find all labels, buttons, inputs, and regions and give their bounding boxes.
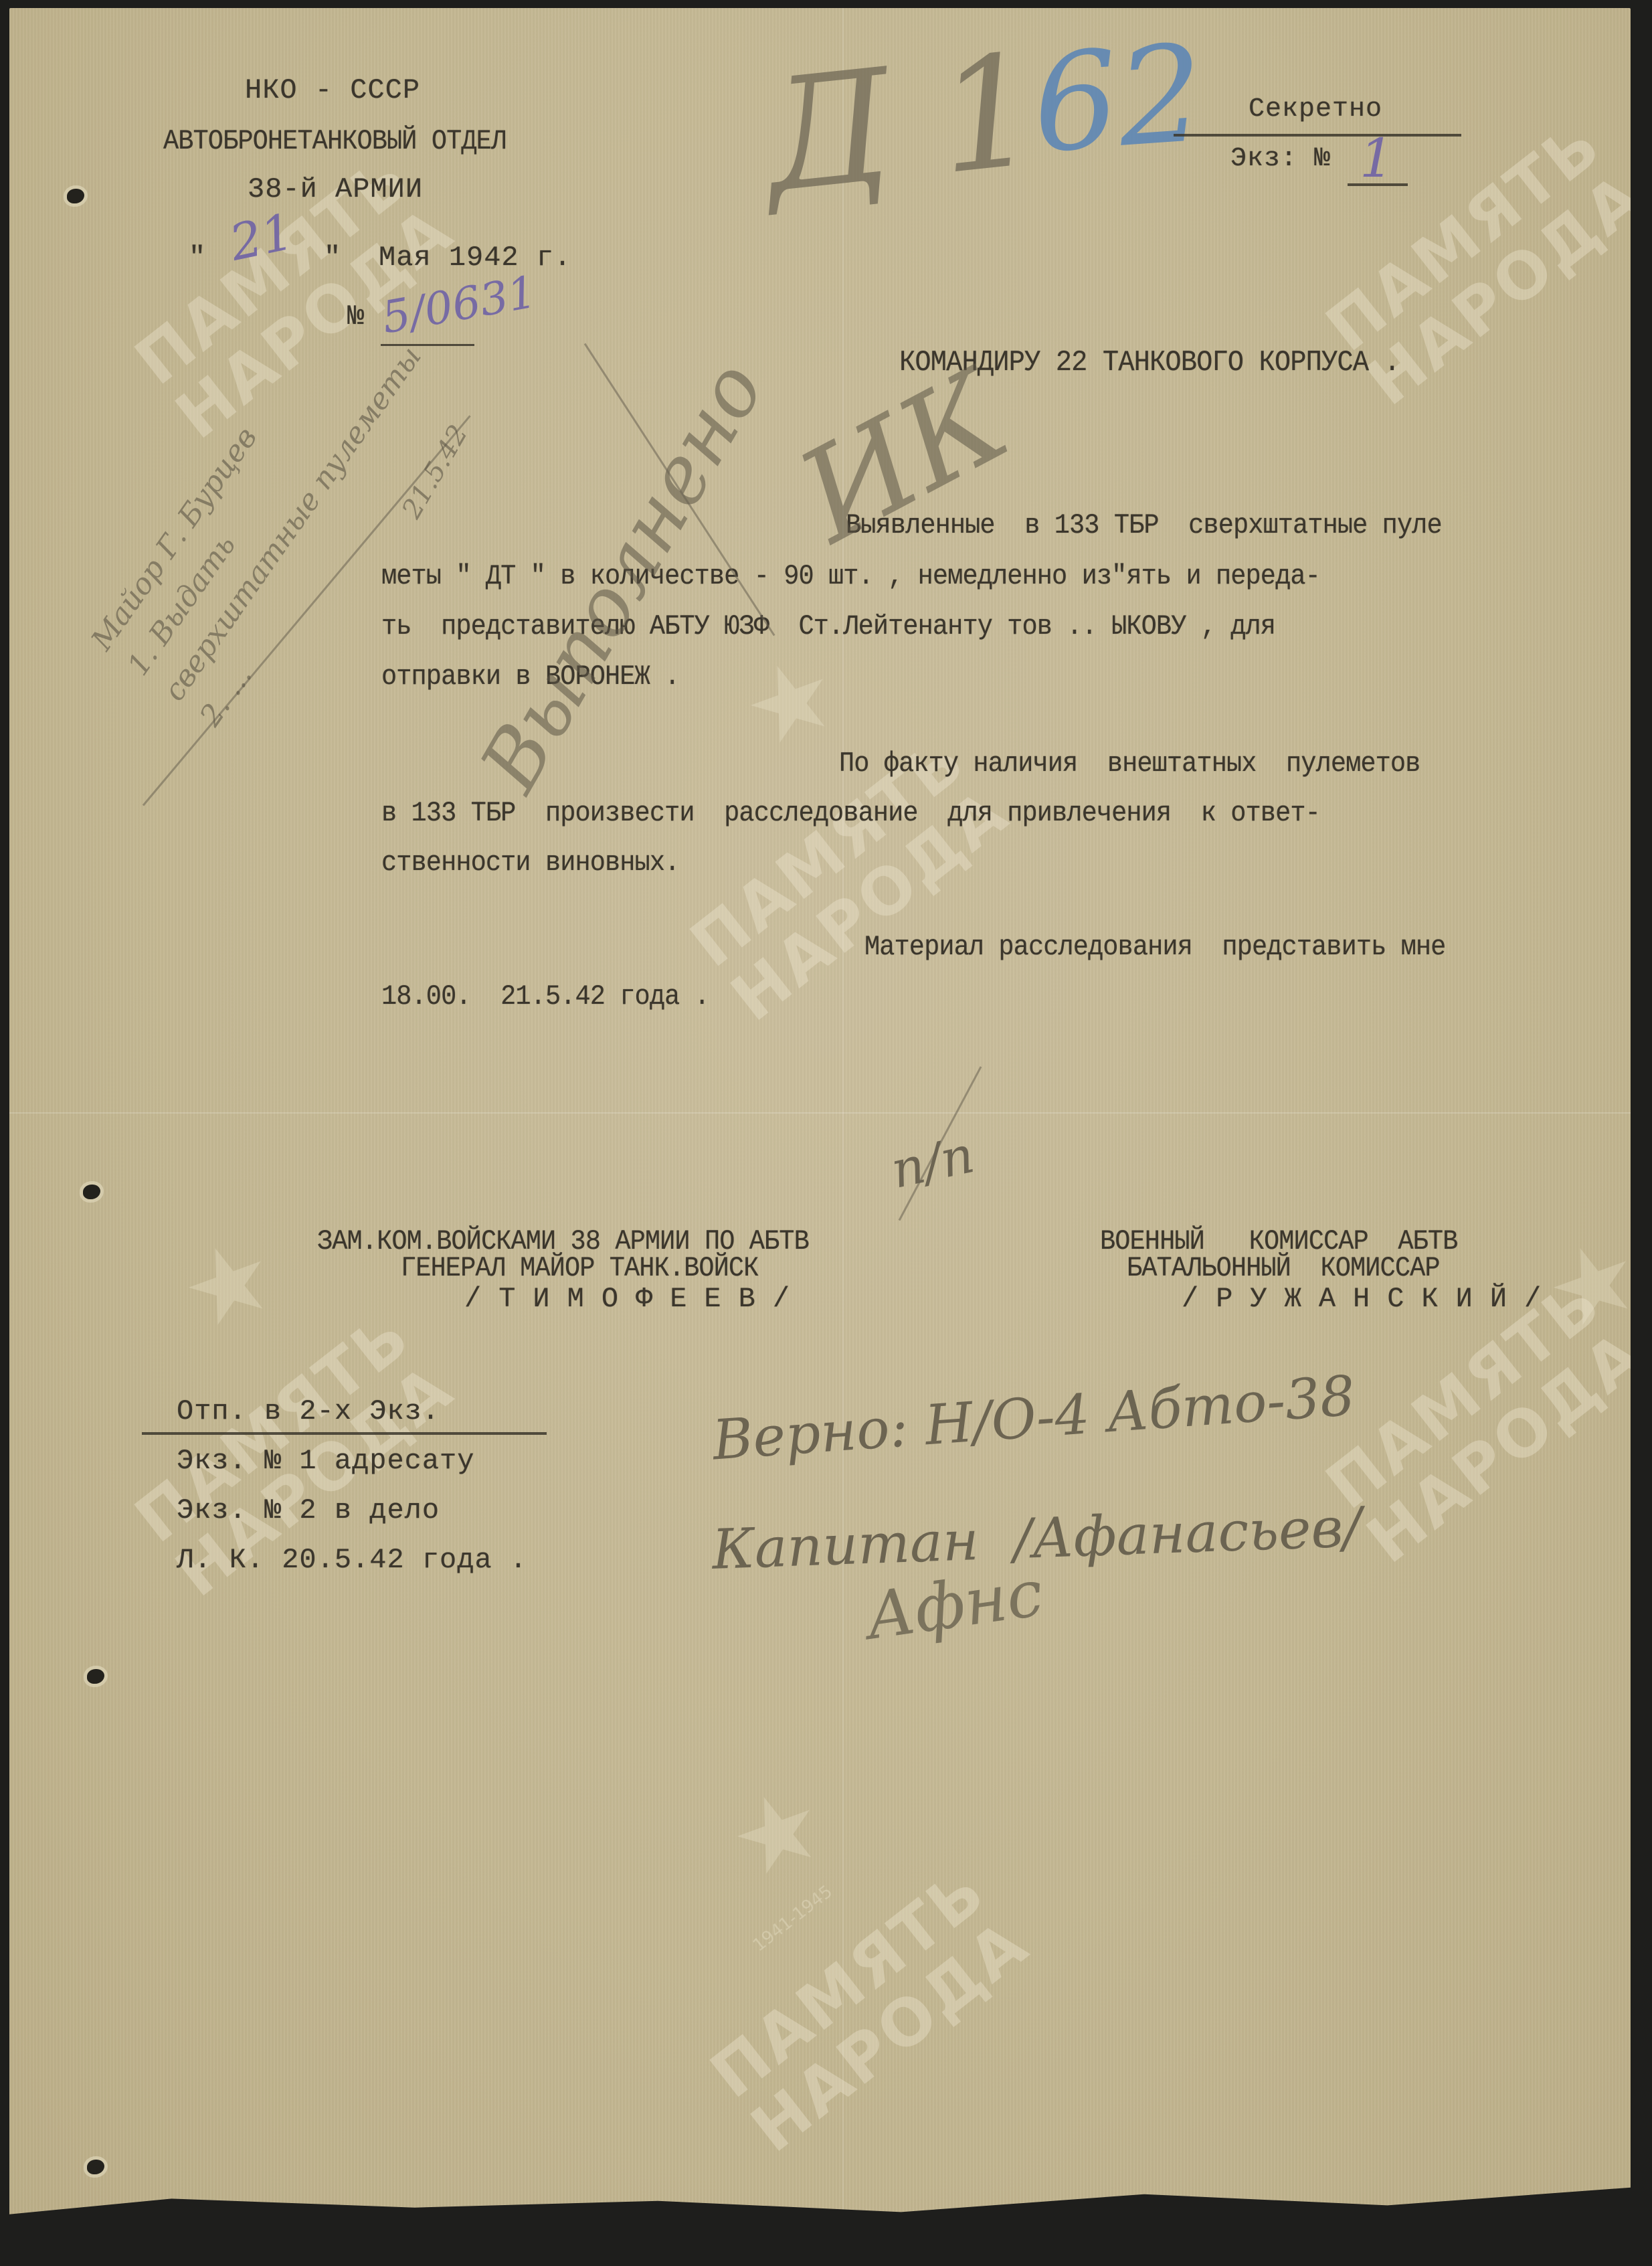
paper-fold-line-vertical: [842, 8, 844, 2237]
body-line: Материал расследования представить мне: [864, 933, 1445, 961]
punch-hole: [87, 1669, 104, 1684]
body-line: ственности виновных.: [381, 849, 679, 877]
signatory-left-name: /ТИМОФЕЕВ/: [464, 1285, 807, 1313]
signatory-left-title2: ГЕНЕРАЛ МАЙОР ТАНК.ВОЙСК: [401, 1254, 758, 1282]
document-page: ПАМЯТЬ НАРОДА ПАМЯТЬ НАРОДА ПАМЯТЬ НАРОД…: [9, 8, 1631, 2237]
copy-number-handwritten: 1: [1360, 127, 1394, 189]
header-org-line1: НКО - СССР: [245, 76, 420, 104]
watermark-text: ПАМЯТЬ НАРОДА: [699, 1855, 1040, 2164]
star-icon: ★: [728, 632, 852, 772]
paper-fold-line: [9, 1112, 1631, 1114]
classification-underline: [1174, 134, 1461, 137]
signature-mark: п/п: [886, 1124, 979, 1200]
distribution-underline: [142, 1432, 547, 1435]
distribution-header: Отп. в 2-х Экз.: [177, 1397, 440, 1425]
signatory-right-title1: ВОЕННЫЙ КОМИССАР АБТВ: [1100, 1227, 1457, 1255]
archive-mark-handwritten: Д 1: [757, 21, 1046, 227]
classification-label: Секретно: [1249, 96, 1382, 123]
date-open-quote: ": [189, 244, 206, 272]
distribution-line: Экз. № 2 в дело: [177, 1496, 440, 1524]
body-line: 18.00. 21.5.42 года .: [381, 982, 709, 1011]
header-org-line3: 38-й АРМИИ: [248, 175, 423, 203]
certification-line1: Верно: Н/О-4 Абто-38: [711, 1365, 1357, 1473]
body-line: в 133 ТБР произвести расследование для п…: [381, 799, 1320, 827]
copy-number-underline: [1348, 183, 1408, 186]
star-icon: ★: [715, 1763, 839, 1903]
copy-label: Экз: №: [1230, 146, 1331, 173]
distribution-line: Л. К. 20.5.42 года .: [177, 1546, 527, 1574]
header-org-line2: АВТОБРОНЕТАНКОВЫЙ ОТДЕЛ: [163, 127, 506, 155]
punch-hole: [83, 1185, 100, 1199]
punch-hole: [67, 189, 84, 203]
distribution-line: Экз. № 1 адресату: [177, 1447, 474, 1475]
star-icon: ★: [166, 1214, 290, 1355]
body-line: ть представителю АБТУ ЮЗФ Ст.Лейтенанту …: [381, 612, 1275, 640]
punch-hole: [87, 2160, 104, 2174]
archive-mark-blue: 62: [1028, 15, 1208, 183]
signatory-right-name: /РУЖАНСКИЙ/: [1182, 1285, 1558, 1313]
date-month-year: Мая 1942 г.: [379, 244, 571, 272]
signatory-left-title1: ЗАМ.КОМ.ВОЙСКАМИ 38 АРМИИ ПО АБТВ: [317, 1227, 809, 1255]
body-line: По факту наличия внештатных пулеметов: [839, 750, 1420, 778]
signatory-right-title2: БАТАЛЬОННЫЙ КОМИССАР: [1127, 1254, 1440, 1282]
date-close-quote: ": [324, 244, 341, 272]
